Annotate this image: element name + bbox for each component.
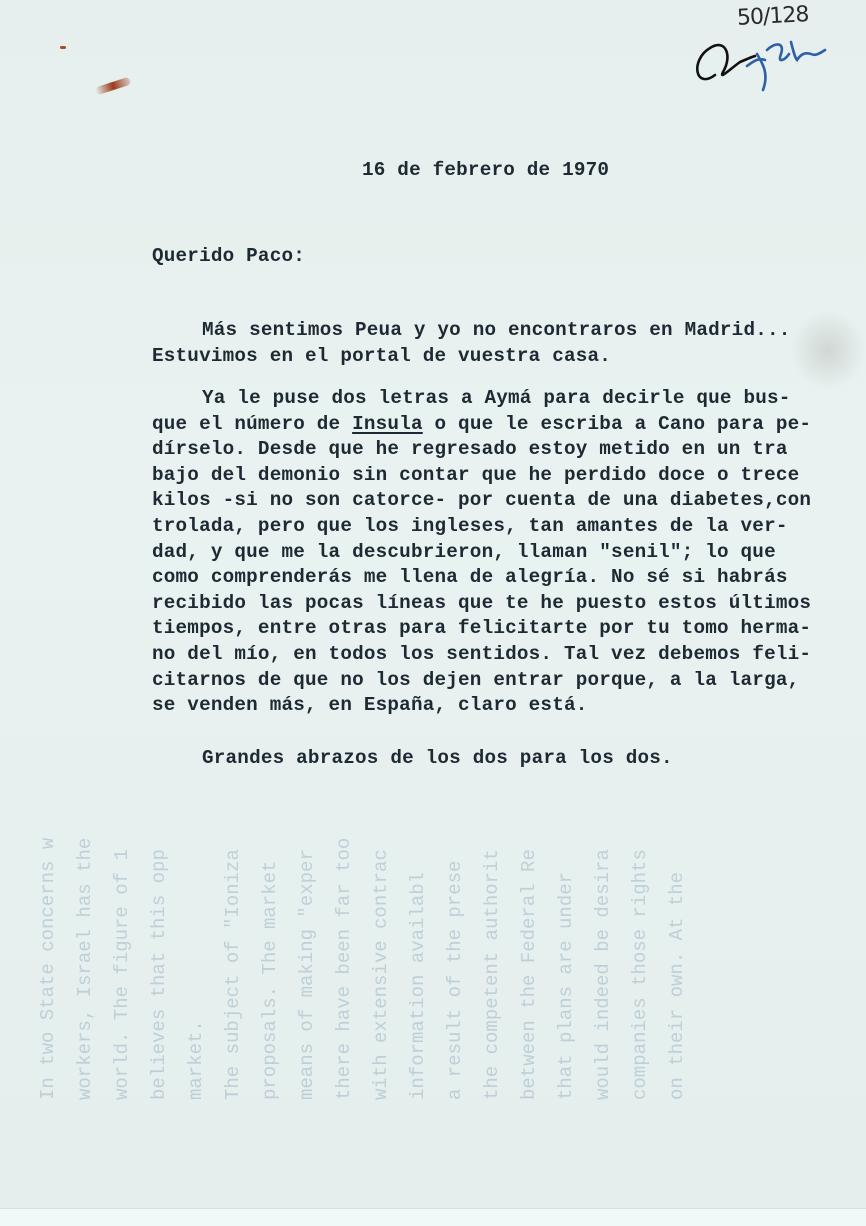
scan-bottom-edge <box>0 1208 866 1226</box>
paragraph-line: trolada, pero que los ingleses, tan aman… <box>152 514 811 540</box>
paragraph-line-with-title: que el número de Insula o que le escriba… <box>152 412 811 438</box>
journal-title-insula: Insula <box>352 413 423 435</box>
paragraph-line: bajo del demonio sin contar que he perdi… <box>152 463 811 489</box>
paragraph-line: no del mío, en todos los sentidos. Tal v… <box>152 642 811 668</box>
paragraph-line: dad, y que me la descubrieron, llaman "s… <box>152 540 811 566</box>
ink-smudge <box>790 310 866 390</box>
paragraph-line: Estuvimos en el portal de vuestra casa. <box>152 344 791 370</box>
letter-date: 16 de febrero de 1970 <box>362 158 609 184</box>
paragraph-line: citarnos de que no los dejen entrar porq… <box>152 668 811 694</box>
rust-stain-small <box>60 46 66 49</box>
closing: Grandes abrazos de los dos para los dos. <box>152 746 673 772</box>
paragraph-line: o que le escriba a Cano para pe- <box>423 413 811 435</box>
paragraph-1: Más sentimos Peua y yo no encontraros en… <box>152 318 791 369</box>
paragraph-line: como comprenderás me llena de alegría. N… <box>152 565 811 591</box>
paragraph-line: Ya le puse dos letras a Aymá para decirl… <box>152 386 811 412</box>
paragraph-line: recibido las pocas líneas que te he pues… <box>152 591 811 617</box>
closing-line: Grandes abrazos de los dos para los dos. <box>152 746 673 772</box>
paragraph-line: se venden más, en España, claro está. <box>152 693 811 719</box>
paragraph-line: que el número de <box>152 413 352 435</box>
handwritten-signature-icon <box>685 20 835 100</box>
paragraph-line: kilos -si no son catorce- por cuenta de … <box>152 488 811 514</box>
paragraph-2: Ya le puse dos letras a Aymá para decirl… <box>152 386 811 719</box>
paragraph-line: Más sentimos Peua y yo no encontraros en… <box>152 318 791 344</box>
paragraph-line: dírselo. Desde que he regresado estoy me… <box>152 437 811 463</box>
paragraph-line: tiempos, entre otras para felicitarte po… <box>152 616 811 642</box>
letter-salutation: Querido Paco: <box>152 244 305 270</box>
